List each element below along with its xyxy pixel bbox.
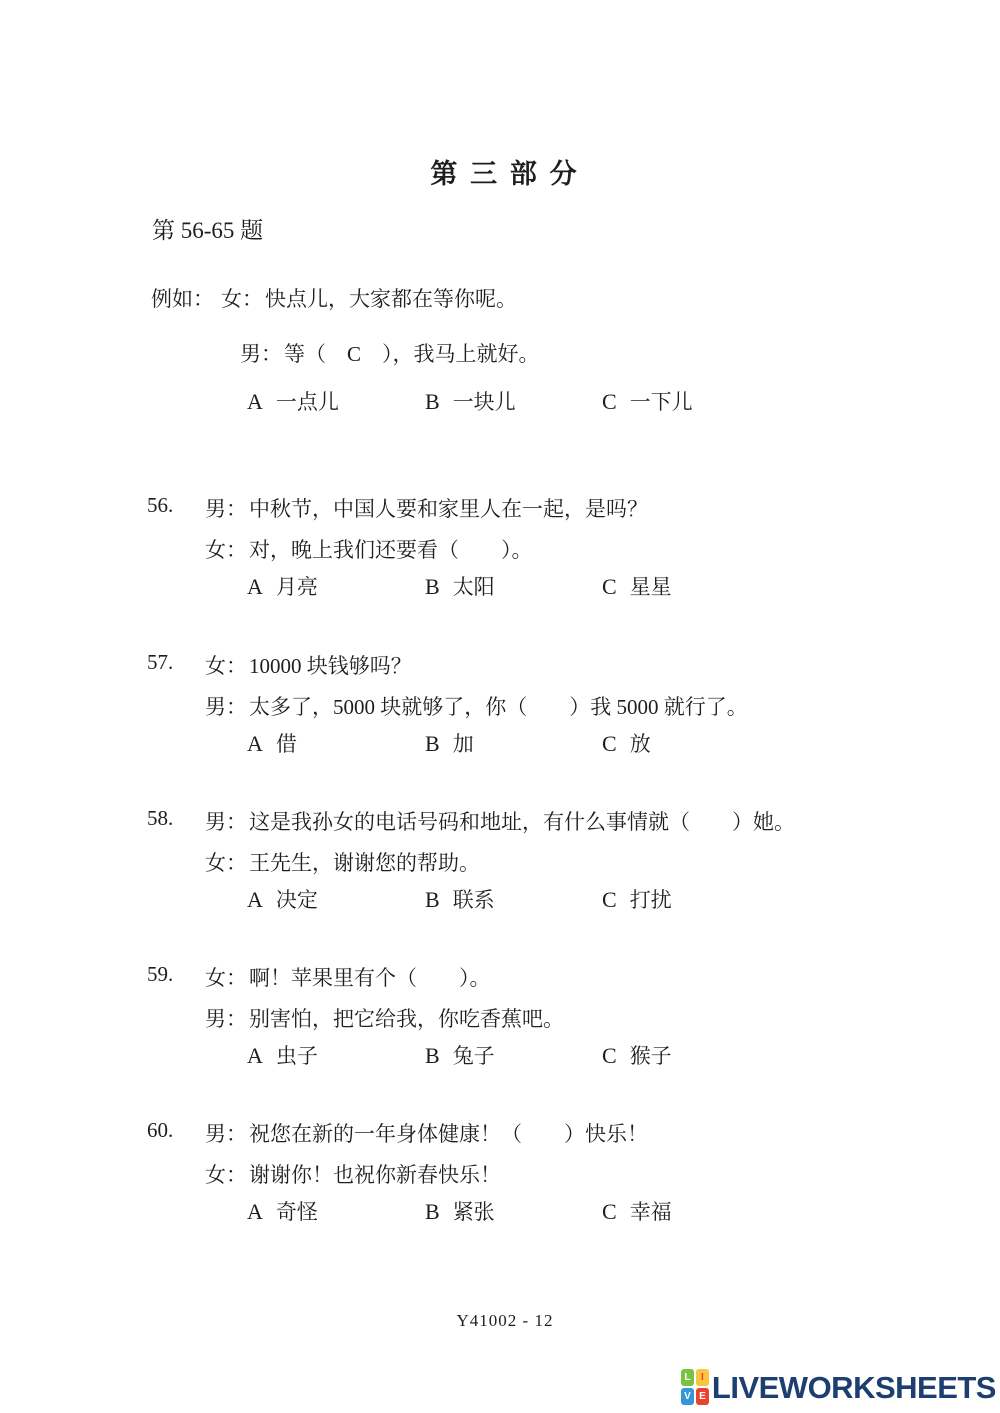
dialogue-text: 中秋节，中国人要和家里人在一起，是吗？ [249, 497, 648, 521]
option-letter: B [425, 887, 440, 912]
page-footer-code: Y41002 - 12 [0, 1311, 1000, 1331]
dialogue-line: 女：10000 块钱够吗？ [205, 650, 412, 680]
option-c: C打扰 [602, 884, 672, 914]
dialogue-line: 女：啊！苹果里有个（ ）。 [205, 962, 491, 992]
option-letter: B [425, 389, 440, 414]
option-letter: C [602, 887, 617, 912]
option-text: 兔子 [453, 1044, 495, 1068]
question-block-57: 57. 女：10000 块钱够吗？ 男：太多了，5000 块就够了，你（ ）我 … [0, 650, 1000, 770]
option-text: 借 [276, 732, 297, 756]
logo-tile-e: E [696, 1388, 709, 1405]
option-text: 一下儿 [630, 390, 693, 414]
question-number: 59. [147, 962, 173, 987]
question-block-56: 56. 男：中秋节，中国人要和家里人在一起，是吗？ 女：对，晚上我们还要看（ ）… [0, 493, 1000, 613]
option-b: B联系 [425, 884, 495, 914]
example-block: 例如： 女：快点儿，大家都在等你呢。 男：等（ C ），我马上就好。 A一点儿 … [0, 283, 1000, 403]
option-letter: A [247, 574, 263, 599]
logo-tile-l: L [681, 1369, 694, 1386]
option-text: 奇怪 [276, 1200, 318, 1224]
dialogue-line: 男：太多了，5000 块就够了，你（ ）我 5000 就行了。 [205, 691, 748, 721]
speaker-label: 男： [205, 810, 247, 834]
option-letter: A [247, 887, 263, 912]
option-text: 星星 [630, 575, 672, 599]
option-c: C放 [602, 728, 651, 758]
dialogue-line: 男：中秋节，中国人要和家里人在一起，是吗？ [205, 493, 648, 523]
option-a: A决定 [247, 884, 318, 914]
option-a: A一点儿 [247, 386, 339, 416]
option-text: 决定 [276, 888, 318, 912]
option-c: C猴子 [602, 1040, 672, 1070]
option-text: 月亮 [276, 575, 318, 599]
liveworksheets-logo[interactable]: L I V E LIVEWORKSHEETS [681, 1369, 996, 1405]
dialogue-line: 女：王先生，谢谢您的帮助。 [205, 847, 480, 877]
liveworksheets-logo-icon: L I V E [681, 1369, 709, 1405]
option-text: 一块儿 [453, 390, 516, 414]
dialogue-text: 10000 块钱够吗？ [249, 654, 412, 678]
dialogue-text: 太多了，5000 块就够了，你（ ）我 5000 就行了。 [249, 695, 748, 719]
logo-tile-v: V [681, 1388, 694, 1405]
dialogue-line: 女：对，晚上我们还要看（ ）。 [205, 534, 533, 564]
option-text: 紧张 [453, 1200, 495, 1224]
option-a: A月亮 [247, 571, 318, 601]
option-letter: B [425, 574, 440, 599]
dialogue-text: 对，晚上我们还要看（ ）。 [249, 538, 533, 562]
option-b: B太阳 [425, 571, 495, 601]
option-letter: C [602, 731, 617, 756]
option-a: A奇怪 [247, 1196, 318, 1226]
question-number: 57. [147, 650, 173, 675]
speaker-label: 男： [205, 497, 247, 521]
question-block-60: 60. 男：祝您在新的一年身体健康！（ ）快乐！ 女：谢谢你！也祝你新春快乐！ … [0, 1118, 1000, 1238]
option-b: B紧张 [425, 1196, 495, 1226]
speaker-label: 女： [205, 851, 247, 875]
option-letter: B [425, 1043, 440, 1068]
dialogue-line: 男：这是我孙女的电话号码和地址，有什么事情就（ ）她。 [205, 806, 795, 836]
option-letter: A [247, 731, 263, 756]
dialogue-text: 别害怕，把它给我，你吃香蕉吧。 [249, 1007, 564, 1031]
dialogue-text: 啊！苹果里有个（ ）。 [249, 966, 491, 990]
speaker-label: 男： [240, 342, 282, 366]
option-letter: C [602, 1199, 617, 1224]
option-b: B兔子 [425, 1040, 495, 1070]
option-text: 太阳 [453, 575, 495, 599]
worksheet-page: 第 三 部 分 第 56-65 题 例如： 女：快点儿，大家都在等你呢。 男：等… [0, 0, 1000, 1413]
option-c: C星星 [602, 571, 672, 601]
option-b: B一块儿 [425, 386, 516, 416]
logo-tile-i: I [696, 1369, 709, 1386]
dialogue-text: 谢谢你！也祝你新春快乐！ [249, 1163, 501, 1187]
option-letter: C [602, 389, 617, 414]
option-c: C一下儿 [602, 386, 693, 416]
option-text: 打扰 [630, 888, 672, 912]
dialogue-text: 王先生，谢谢您的帮助。 [249, 851, 480, 875]
question-block-58: 58. 男：这是我孙女的电话号码和地址，有什么事情就（ ）她。 女：王先生，谢谢… [0, 806, 1000, 926]
option-letter: B [425, 1199, 440, 1224]
option-text: 加 [453, 732, 474, 756]
speaker-label: 男： [205, 1007, 247, 1031]
example-label: 例如： [151, 283, 214, 313]
option-c: C幸福 [602, 1196, 672, 1226]
liveworksheets-logo-text: LIVEWORKSHEETS [712, 1372, 996, 1403]
speaker-label: 女： [205, 654, 247, 678]
question-range-heading: 第 56-65 题 [152, 212, 263, 245]
option-text: 幸福 [630, 1200, 672, 1224]
speaker-label: 女： [221, 287, 263, 311]
speaker-label: 女： [205, 1163, 247, 1187]
option-text: 猴子 [630, 1044, 672, 1068]
option-letter: A [247, 1199, 263, 1224]
dialogue-text: 祝您在新的一年身体健康！（ ）快乐！ [249, 1122, 648, 1146]
dialogue-text: 等（ C ），我马上就好。 [284, 342, 540, 366]
option-letter: B [425, 731, 440, 756]
dialogue-line: 男：祝您在新的一年身体健康！（ ）快乐！ [205, 1118, 648, 1148]
question-number: 56. [147, 493, 173, 518]
option-a: A借 [247, 728, 297, 758]
dialogue-line: 女：谢谢你！也祝你新春快乐！ [205, 1159, 501, 1189]
dialogue-text: 这是我孙女的电话号码和地址，有什么事情就（ ）她。 [249, 810, 795, 834]
question-number: 60. [147, 1118, 173, 1143]
option-a: A虫子 [247, 1040, 318, 1070]
speaker-label: 女： [205, 538, 247, 562]
option-text: 一点儿 [276, 390, 339, 414]
part-title: 第 三 部 分 [0, 152, 1000, 191]
option-letter: A [247, 1043, 263, 1068]
option-letter: A [247, 389, 263, 414]
speaker-label: 女： [205, 966, 247, 990]
dialogue-line: 男：别害怕，把它给我，你吃香蕉吧。 [205, 1003, 564, 1033]
option-text: 联系 [453, 888, 495, 912]
option-text: 放 [630, 732, 651, 756]
option-b: B加 [425, 728, 474, 758]
option-letter: C [602, 1043, 617, 1068]
example-dialogue-line: 男：等（ C ），我马上就好。 [240, 338, 540, 368]
question-block-59: 59. 女：啊！苹果里有个（ ）。 男：别害怕，把它给我，你吃香蕉吧。 A虫子 … [0, 962, 1000, 1082]
speaker-label: 男： [205, 1122, 247, 1146]
option-letter: C [602, 574, 617, 599]
example-dialogue-line: 女：快点儿，大家都在等你呢。 [221, 283, 517, 313]
question-number: 58. [147, 806, 173, 831]
speaker-label: 男： [205, 695, 247, 719]
dialogue-text: 快点儿，大家都在等你呢。 [265, 287, 517, 311]
option-text: 虫子 [276, 1044, 318, 1068]
